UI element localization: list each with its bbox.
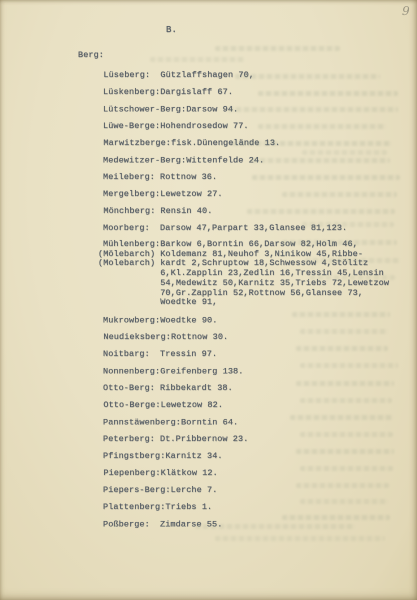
entry-value: Ribbekardt 38. — [160, 383, 407, 393]
entry-value-line: Rottnow 36. — [160, 172, 407, 182]
entry-row: Peterberg: Dt.Pribbernow 23. — [103, 434, 407, 444]
entry-label-cell: Poßberge: — [103, 519, 160, 529]
entry-row: Plattenberg: Triebs 1. — [103, 502, 407, 512]
entry-value-line: Zimdarse 55. — [160, 519, 407, 529]
entry-label-cell: Noitbarg: — [103, 349, 160, 359]
entry-row: Neudieksberg: Rottnow 30. — [103, 332, 407, 342]
entry-label: Marwitzberge: — [103, 138, 171, 148]
entry-label-cell: Lüwe-Berge: — [103, 121, 160, 131]
entry-value-line: Woedtke 90. — [160, 315, 407, 325]
entry-value: Klätkow 12. — [161, 468, 408, 478]
entry-value: Lerche 7. — [171, 485, 407, 495]
entry-label: Otto-Berge: — [103, 400, 160, 410]
entry-value-line: Greifenberg 138. — [160, 366, 407, 376]
entry-row: Medewitzer-Berg: Wittenfelde 24. — [103, 155, 407, 165]
entry-row: Nonnenberg: Greifenberg 138. — [103, 366, 407, 376]
entry-value: Rottnow 30. — [171, 332, 407, 342]
entry-value: Rensin 40. — [160, 206, 407, 216]
entry-label: Mergelberg: — [103, 189, 160, 199]
entry-value: Zimdarse 55. — [160, 519, 407, 529]
page-number: 9 — [402, 4, 410, 18]
entry-value-line: Tressin 97. — [160, 349, 407, 359]
entry-value: Karnitz 34. — [165, 451, 407, 461]
entry-row: Piepers-Berg: Lerche 7. — [103, 485, 407, 495]
entry-row: Mühlenberg: (Mölebarch)(Molebarch) Barko… — [103, 240, 407, 308]
entry-label: Noitbarg: — [103, 349, 160, 359]
entry-label-cell: Mühlenberg: (Mölebarch)(Molebarch) — [103, 240, 160, 269]
entry-label: Moorberg: — [103, 223, 160, 233]
entry-label-cell: Piepers-Berg: — [103, 485, 171, 495]
entry-label-cell: Lütschower-Berg: — [103, 104, 186, 114]
entry-row: Noitbarg: Tressin 97. — [103, 349, 407, 359]
entry-label: Piepers-Berg: — [103, 485, 171, 495]
bleed-through-line — [150, 57, 245, 62]
entry-label-cell: Peterberg: — [103, 434, 160, 444]
entry-label: Neudieksberg: — [103, 332, 171, 342]
entry-label-cell: Pannstäwenberg: — [103, 417, 181, 427]
entry-value: Hohendrosedow 77. — [160, 121, 407, 131]
entry-value-line: Darsow 47,Parpart 33,Glansee 81,123. — [160, 223, 407, 233]
entry-row: Moorberg: Darsow 47,Parpart 33,Glansee 8… — [103, 223, 407, 233]
entry-label-cell: Otto-Berg: — [103, 383, 160, 393]
entry-label-cell: Marwitzberge: — [103, 138, 171, 148]
entry-value: Gützlaffshagen 70, — [160, 70, 407, 80]
entry-value-line: Triebs 1. — [165, 502, 407, 512]
entry-label: Mukrowberg: — [103, 315, 160, 325]
entry-value: Lewetzow 27. — [160, 189, 407, 199]
entry-row: Pannstäwenberg: Borntin 64. — [103, 417, 407, 427]
entry-row: Marwitzberge: fisk.Dünengelände 13. — [103, 138, 407, 148]
entry-value: Darsow 94. — [186, 104, 407, 114]
entry-value-line: Dargislaff 67. — [160, 87, 407, 97]
entry-label: Lüwe-Berge: — [103, 121, 160, 131]
entry-label: Lütschower-Berg: — [103, 104, 186, 114]
entry-value: Greifenberg 138. — [160, 366, 407, 376]
entry-value: Borntin 64. — [181, 417, 407, 427]
entry-row: Mergelberg: Lewetzow 27. — [103, 189, 407, 199]
entry-row: Lüseberg: Gützlaffshagen 70, — [103, 70, 407, 80]
entry-label: Lüskenberg: — [103, 87, 160, 97]
entry-value: Wittenfelde 24. — [186, 155, 407, 165]
entry-row: Mukrowberg: Woedtke 90. — [103, 315, 407, 325]
entry-row: Otto-Berg: Ribbekardt 38. — [103, 383, 407, 393]
entry-label-cell: Moorberg: — [103, 223, 160, 233]
entry-value: Lewetzow 82. — [161, 400, 408, 410]
entry-value-line: fisk.Dünengelände 13. — [171, 138, 407, 148]
entry-row: Lütschower-Berg: Darsow 94. — [103, 104, 407, 114]
entry-label-cell: Lüskenberg: — [103, 87, 160, 97]
entry-value: Dt.Pribbernow 23. — [160, 434, 407, 444]
entry-label: Medewitzer-Berg: — [103, 155, 186, 165]
entry-value-line: Woedtke 91, — [160, 298, 407, 308]
entry-list: Lüseberg: Gützlaffshagen 70, Lüskenberg:… — [103, 70, 407, 536]
entry-value-line: Wittenfelde 24. — [186, 155, 407, 165]
entry-label-cell: Mönchberg: — [103, 206, 160, 216]
entry-value: Rottnow 36. — [160, 172, 407, 182]
entry-row: Meileberg: Rottnow 36. — [103, 172, 407, 182]
entry-value-line: Lerche 7. — [171, 485, 407, 495]
entry-value-line: Darsow 94. — [186, 104, 407, 114]
entry-label: Meileberg: — [103, 172, 160, 182]
entry-row: Pfingstberg: Karnitz 34. — [103, 451, 407, 461]
entry-value: Triebs 1. — [165, 502, 407, 512]
entry-value-line: Lewetzow 27. — [160, 189, 407, 199]
entry-row: Lüwe-Berge: Hohendrosedow 77. — [103, 121, 407, 131]
entry-label-cell: Pfingstberg: — [103, 451, 165, 461]
entry-label-cell: Medewitzer-Berg: — [103, 155, 186, 165]
entry-label-note: (Molebarch) — [98, 259, 160, 269]
entry-label-cell: Mukrowberg: — [103, 315, 160, 325]
entry-value-line: Rottnow 30. — [171, 332, 407, 342]
entry-value: Darsow 47,Parpart 33,Glansee 81,123. — [160, 223, 407, 233]
entry-value-line: Dt.Pribbernow 23. — [160, 434, 407, 444]
entry-value: Dargislaff 67. — [160, 87, 407, 97]
entry-label-cell: Piepenberg: — [103, 468, 160, 478]
document-page: 9 B. Berg: Lüseberg: Gützlaffshagen 70, … — [0, 0, 417, 600]
entry-value: Woedtke 90. — [160, 315, 407, 325]
entry-label: Plattenberg: — [103, 502, 165, 512]
entry-value-line: Rensin 40. — [160, 206, 407, 216]
entry-value: fisk.Dünengelände 13. — [171, 138, 407, 148]
entry-label: Lüseberg: — [103, 70, 160, 80]
entry-value: Barkow 6,Borntin 66,Darsow 82,Holm 46,Ko… — [160, 240, 407, 308]
entry-value-line: Gützlaffshagen 70, — [160, 70, 407, 80]
entry-label: Pfingstberg: — [103, 451, 165, 461]
entry-value-line: Klätkow 12. — [161, 468, 408, 478]
entry-label: Poßberge: — [103, 519, 160, 529]
entry-label: Nonnenberg: — [103, 366, 160, 376]
entry-label: Peterberg: — [103, 434, 160, 444]
entry-label-cell: Lüseberg: — [103, 70, 160, 80]
entry-label: Pannstäwenberg: — [103, 417, 181, 427]
section-letter: B. — [166, 25, 177, 35]
entry-label: Piepenberg: — [103, 468, 160, 478]
entry-value-line: Hohendrosedow 77. — [160, 121, 407, 131]
entry-row: Otto-Berge: Lewetzow 82. — [103, 400, 407, 410]
entry-value-line: Ribbekardt 38. — [160, 383, 407, 393]
entry-row: Mönchberg: Rensin 40. — [103, 206, 407, 216]
entry-label-cell: Mergelberg: — [103, 189, 160, 199]
entry-label-cell: Neudieksberg: — [103, 332, 171, 342]
entry-value-line: Borntin 64. — [181, 417, 407, 427]
entry-label-cell: Meileberg: — [103, 172, 160, 182]
entry-row: Lüskenberg: Dargislaff 67. — [103, 87, 407, 97]
entry-label-cell: Plattenberg: — [103, 502, 165, 512]
entry-label: Mönchberg: — [103, 206, 160, 216]
entry-value-line: Lewetzow 82. — [161, 400, 408, 410]
entry-row: Poßberge: Zimdarse 55. — [103, 519, 407, 529]
entry-label-cell: Nonnenberg: — [103, 366, 160, 376]
entry-label: Otto-Berg: — [103, 383, 160, 393]
bleed-through-line — [215, 536, 385, 541]
entry-label-cell: Otto-Berge: — [103, 400, 160, 410]
section-heading: Berg: — [78, 50, 104, 60]
entry-row: Piepenberg: Klätkow 12. — [103, 468, 407, 478]
entry-value: Tressin 97. — [160, 349, 407, 359]
entry-value-line: Karnitz 34. — [165, 451, 407, 461]
bleed-through-line — [215, 46, 340, 51]
